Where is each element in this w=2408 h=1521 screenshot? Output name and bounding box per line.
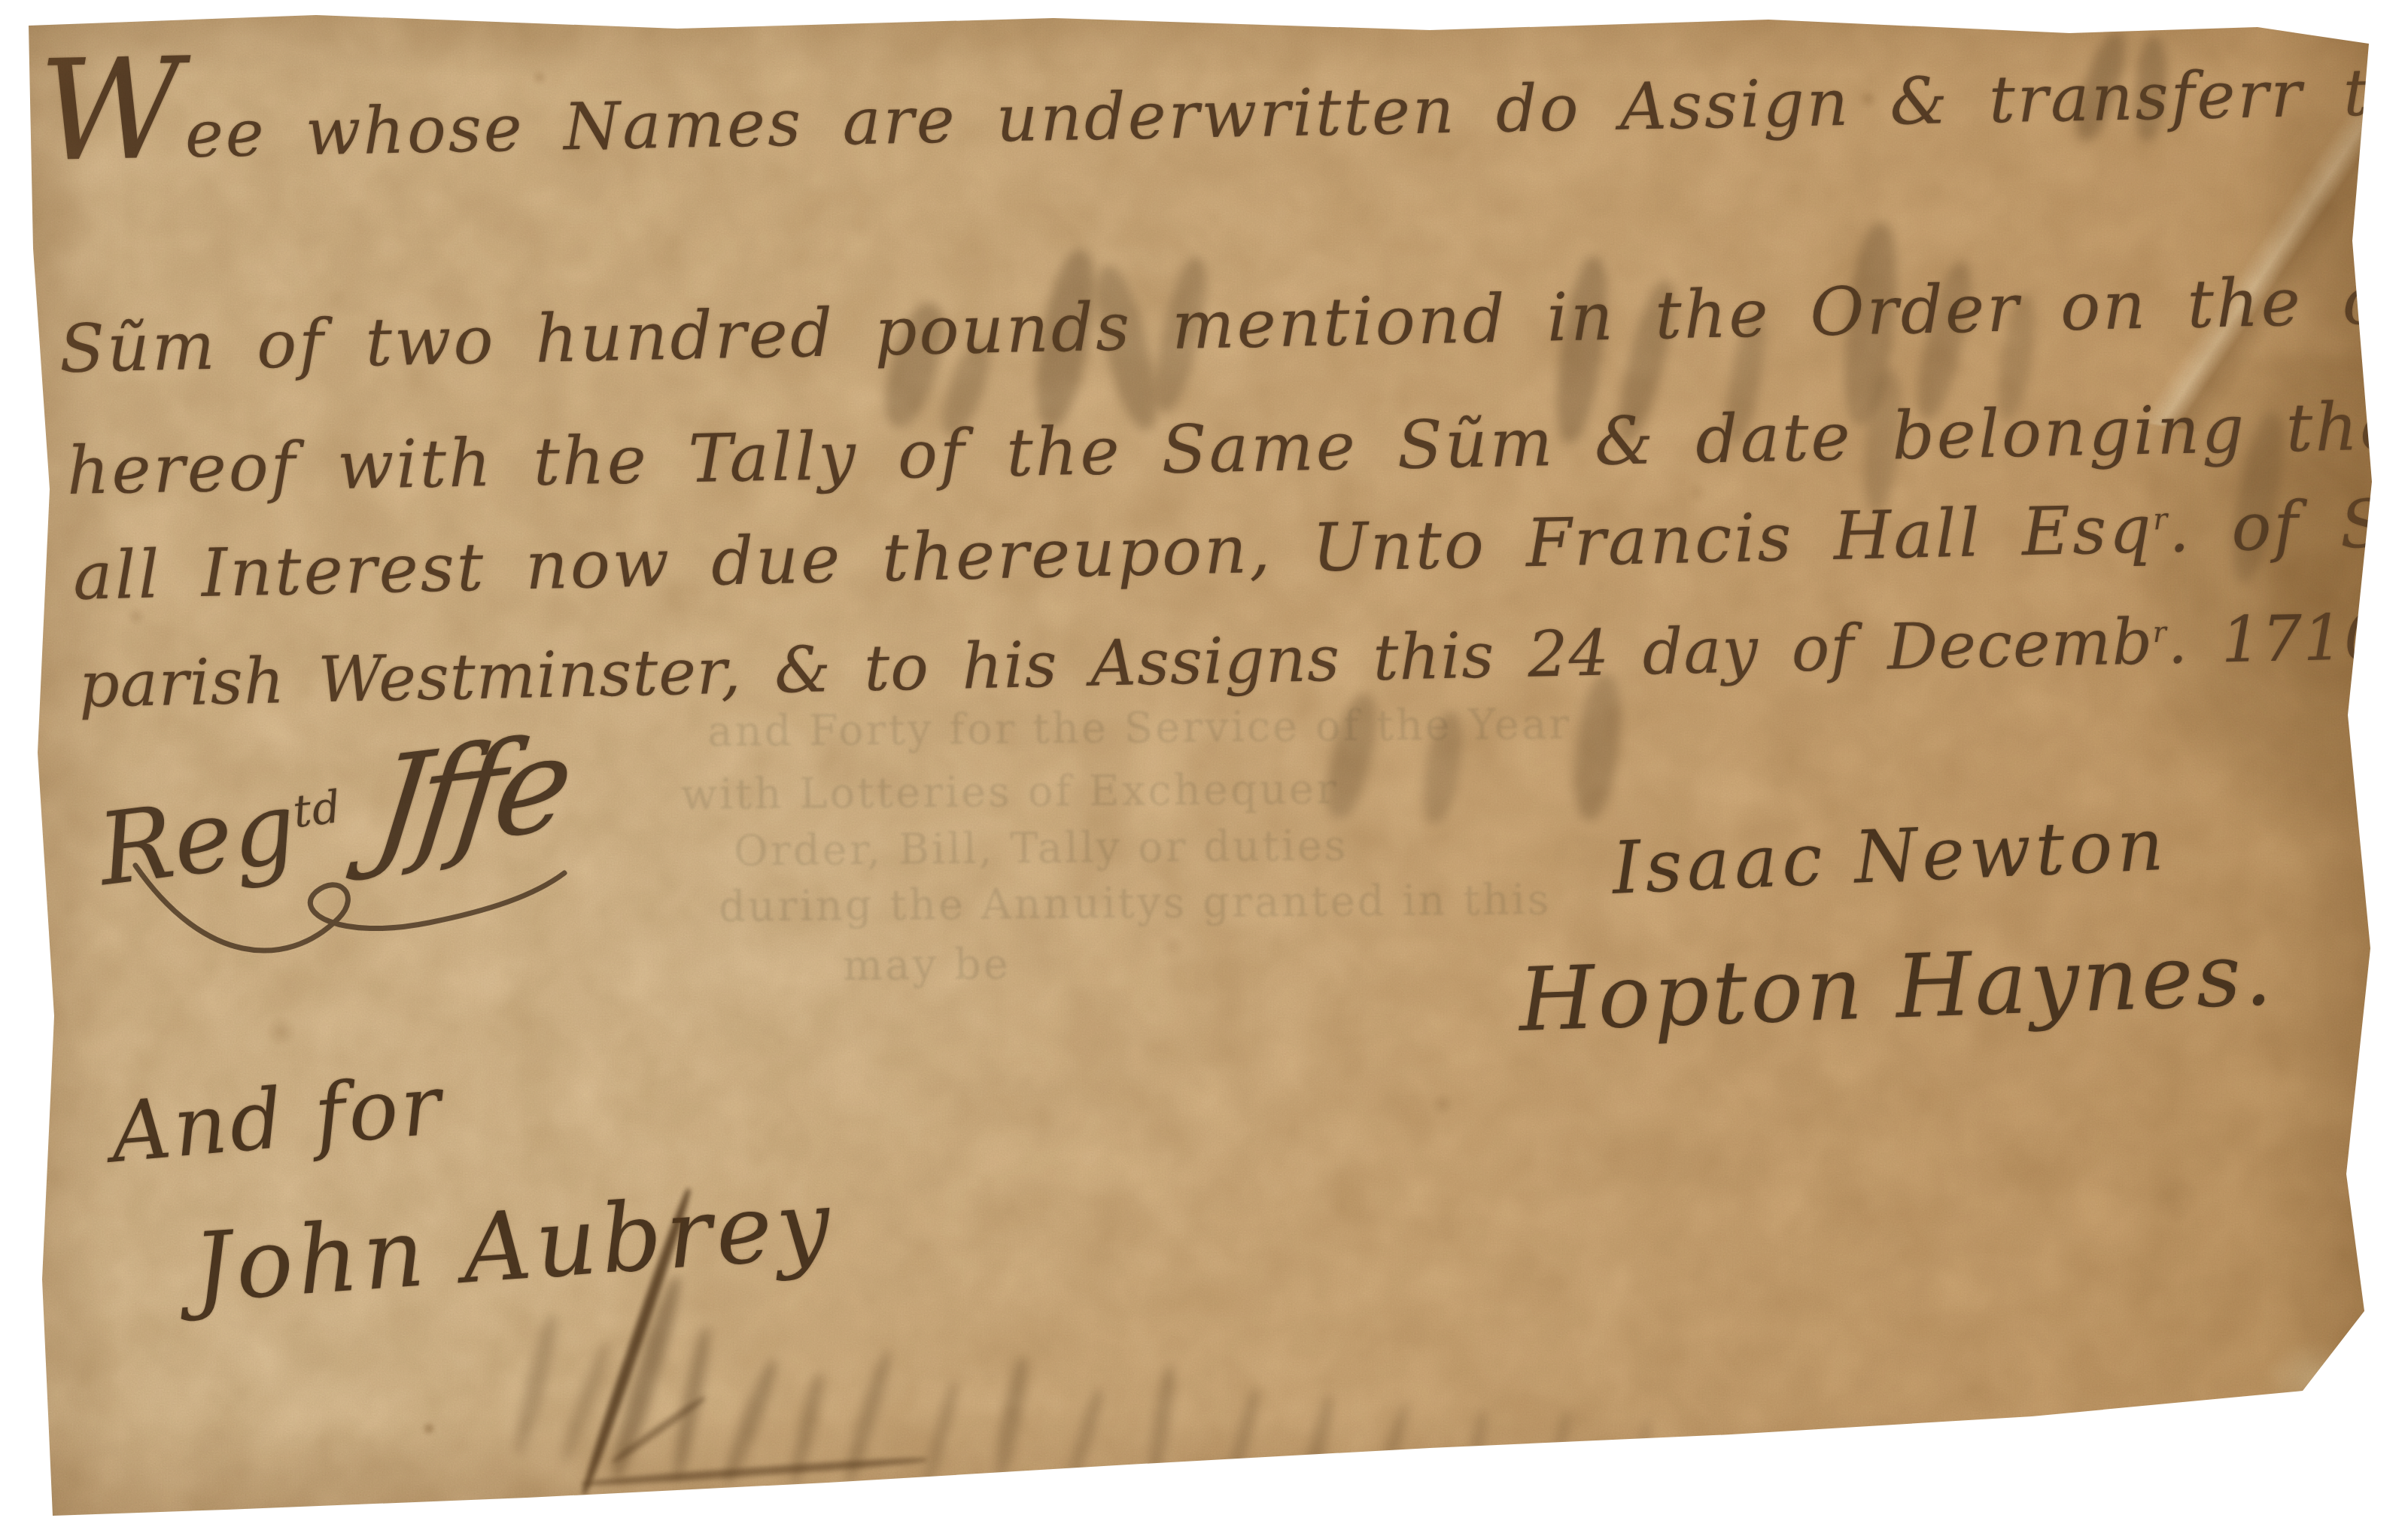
ink-showthrough-mark bbox=[1625, 1416, 1655, 1496]
ink-showthrough-mark bbox=[786, 1371, 827, 1489]
signature-isaac-newton: Isaac Newton bbox=[1610, 802, 2169, 911]
foxing-spot bbox=[1431, 1093, 1454, 1115]
manuscript-paper: and Forty for the Service of the Year wi… bbox=[0, 0, 2408, 1521]
witness-note: And for bbox=[107, 1056, 448, 1181]
showthrough-print-line: during the Annuitys granted in this bbox=[719, 875, 1552, 932]
screenshot-canvas: and Forty for the Service of the Year wi… bbox=[0, 0, 2408, 1521]
line5-superscript: r bbox=[2152, 616, 2167, 649]
ink-showthrough-mark bbox=[921, 1379, 962, 1488]
manuscript-line-3: hereof with the Tally of the Same Sũm & … bbox=[66, 393, 2408, 504]
ink-showthrough-mark bbox=[1567, 671, 1627, 822]
showthrough-print-line: and Forty for the Service of the Year bbox=[707, 700, 1572, 756]
showthrough-print-line: Order, Bill, Tally or duties bbox=[734, 821, 1348, 875]
line4-text: all Interest now due thereupon, Unto Fra… bbox=[72, 490, 2154, 615]
showthrough-print-line: with Lotteries of Exchequer bbox=[681, 765, 1339, 820]
ink-showthrough-mark bbox=[606, 1273, 688, 1481]
ink-stroke-mark bbox=[581, 1456, 927, 1488]
ink-showthrough-mark bbox=[557, 1343, 613, 1465]
registration-mark: RegtdJffe bbox=[89, 708, 572, 915]
foxing-spot bbox=[265, 1015, 298, 1048]
ink-showthrough-mark bbox=[1373, 1401, 1412, 1495]
ink-showthrough-mark bbox=[1063, 1386, 1108, 1488]
manuscript-line-2: Sũm of two hundred pounds mentiond in th… bbox=[59, 266, 2408, 382]
line5-text-end: . 1710 bbox=[2166, 600, 2385, 678]
line4-superscript: r bbox=[2153, 502, 2169, 537]
signature-john-aubrey: John Aubrey bbox=[190, 1168, 838, 1323]
ink-showthrough-mark bbox=[669, 1326, 715, 1480]
ink-showthrough-mark bbox=[839, 1349, 895, 1487]
manuscript-line-1: Wee whose Names are underwritten do Assi… bbox=[39, 56, 2408, 170]
manuscript-line-4: all Interest now due thereupon, Unto Fra… bbox=[72, 491, 2388, 610]
registration-word: Reg bbox=[93, 769, 303, 908]
ink-showthrough-mark bbox=[1300, 1393, 1337, 1495]
ink-showthrough-mark bbox=[1540, 1409, 1574, 1495]
ink-stroke-mark bbox=[610, 1395, 707, 1465]
ink-showthrough-mark bbox=[990, 1355, 1032, 1481]
foxing-spot bbox=[531, 69, 548, 86]
paper-chip bbox=[2264, 1341, 2361, 1416]
foxing-spot bbox=[1159, 933, 1186, 960]
line4-text-end: . of S bbox=[2167, 485, 2388, 567]
manuscript-line-5: parish Westminster, & to his Assigns thi… bbox=[78, 605, 2385, 716]
foxing-spot bbox=[2147, 1171, 2200, 1224]
registration-initials: Jffe bbox=[366, 706, 572, 884]
ink-showthrough-mark bbox=[509, 1313, 561, 1456]
signature-hopton-haynes: Hopton Haynes. bbox=[1517, 923, 2276, 1051]
ink-showthrough-mark bbox=[1222, 1386, 1263, 1495]
ink-showthrough-mark bbox=[1143, 1363, 1179, 1488]
registration-superscript: td bbox=[290, 781, 345, 838]
foxing-spot bbox=[421, 1421, 436, 1436]
showthrough-print-line: may be bbox=[843, 940, 1011, 990]
ink-showthrough-mark bbox=[1461, 1408, 1491, 1495]
ink-showthrough-mark bbox=[718, 1358, 782, 1487]
